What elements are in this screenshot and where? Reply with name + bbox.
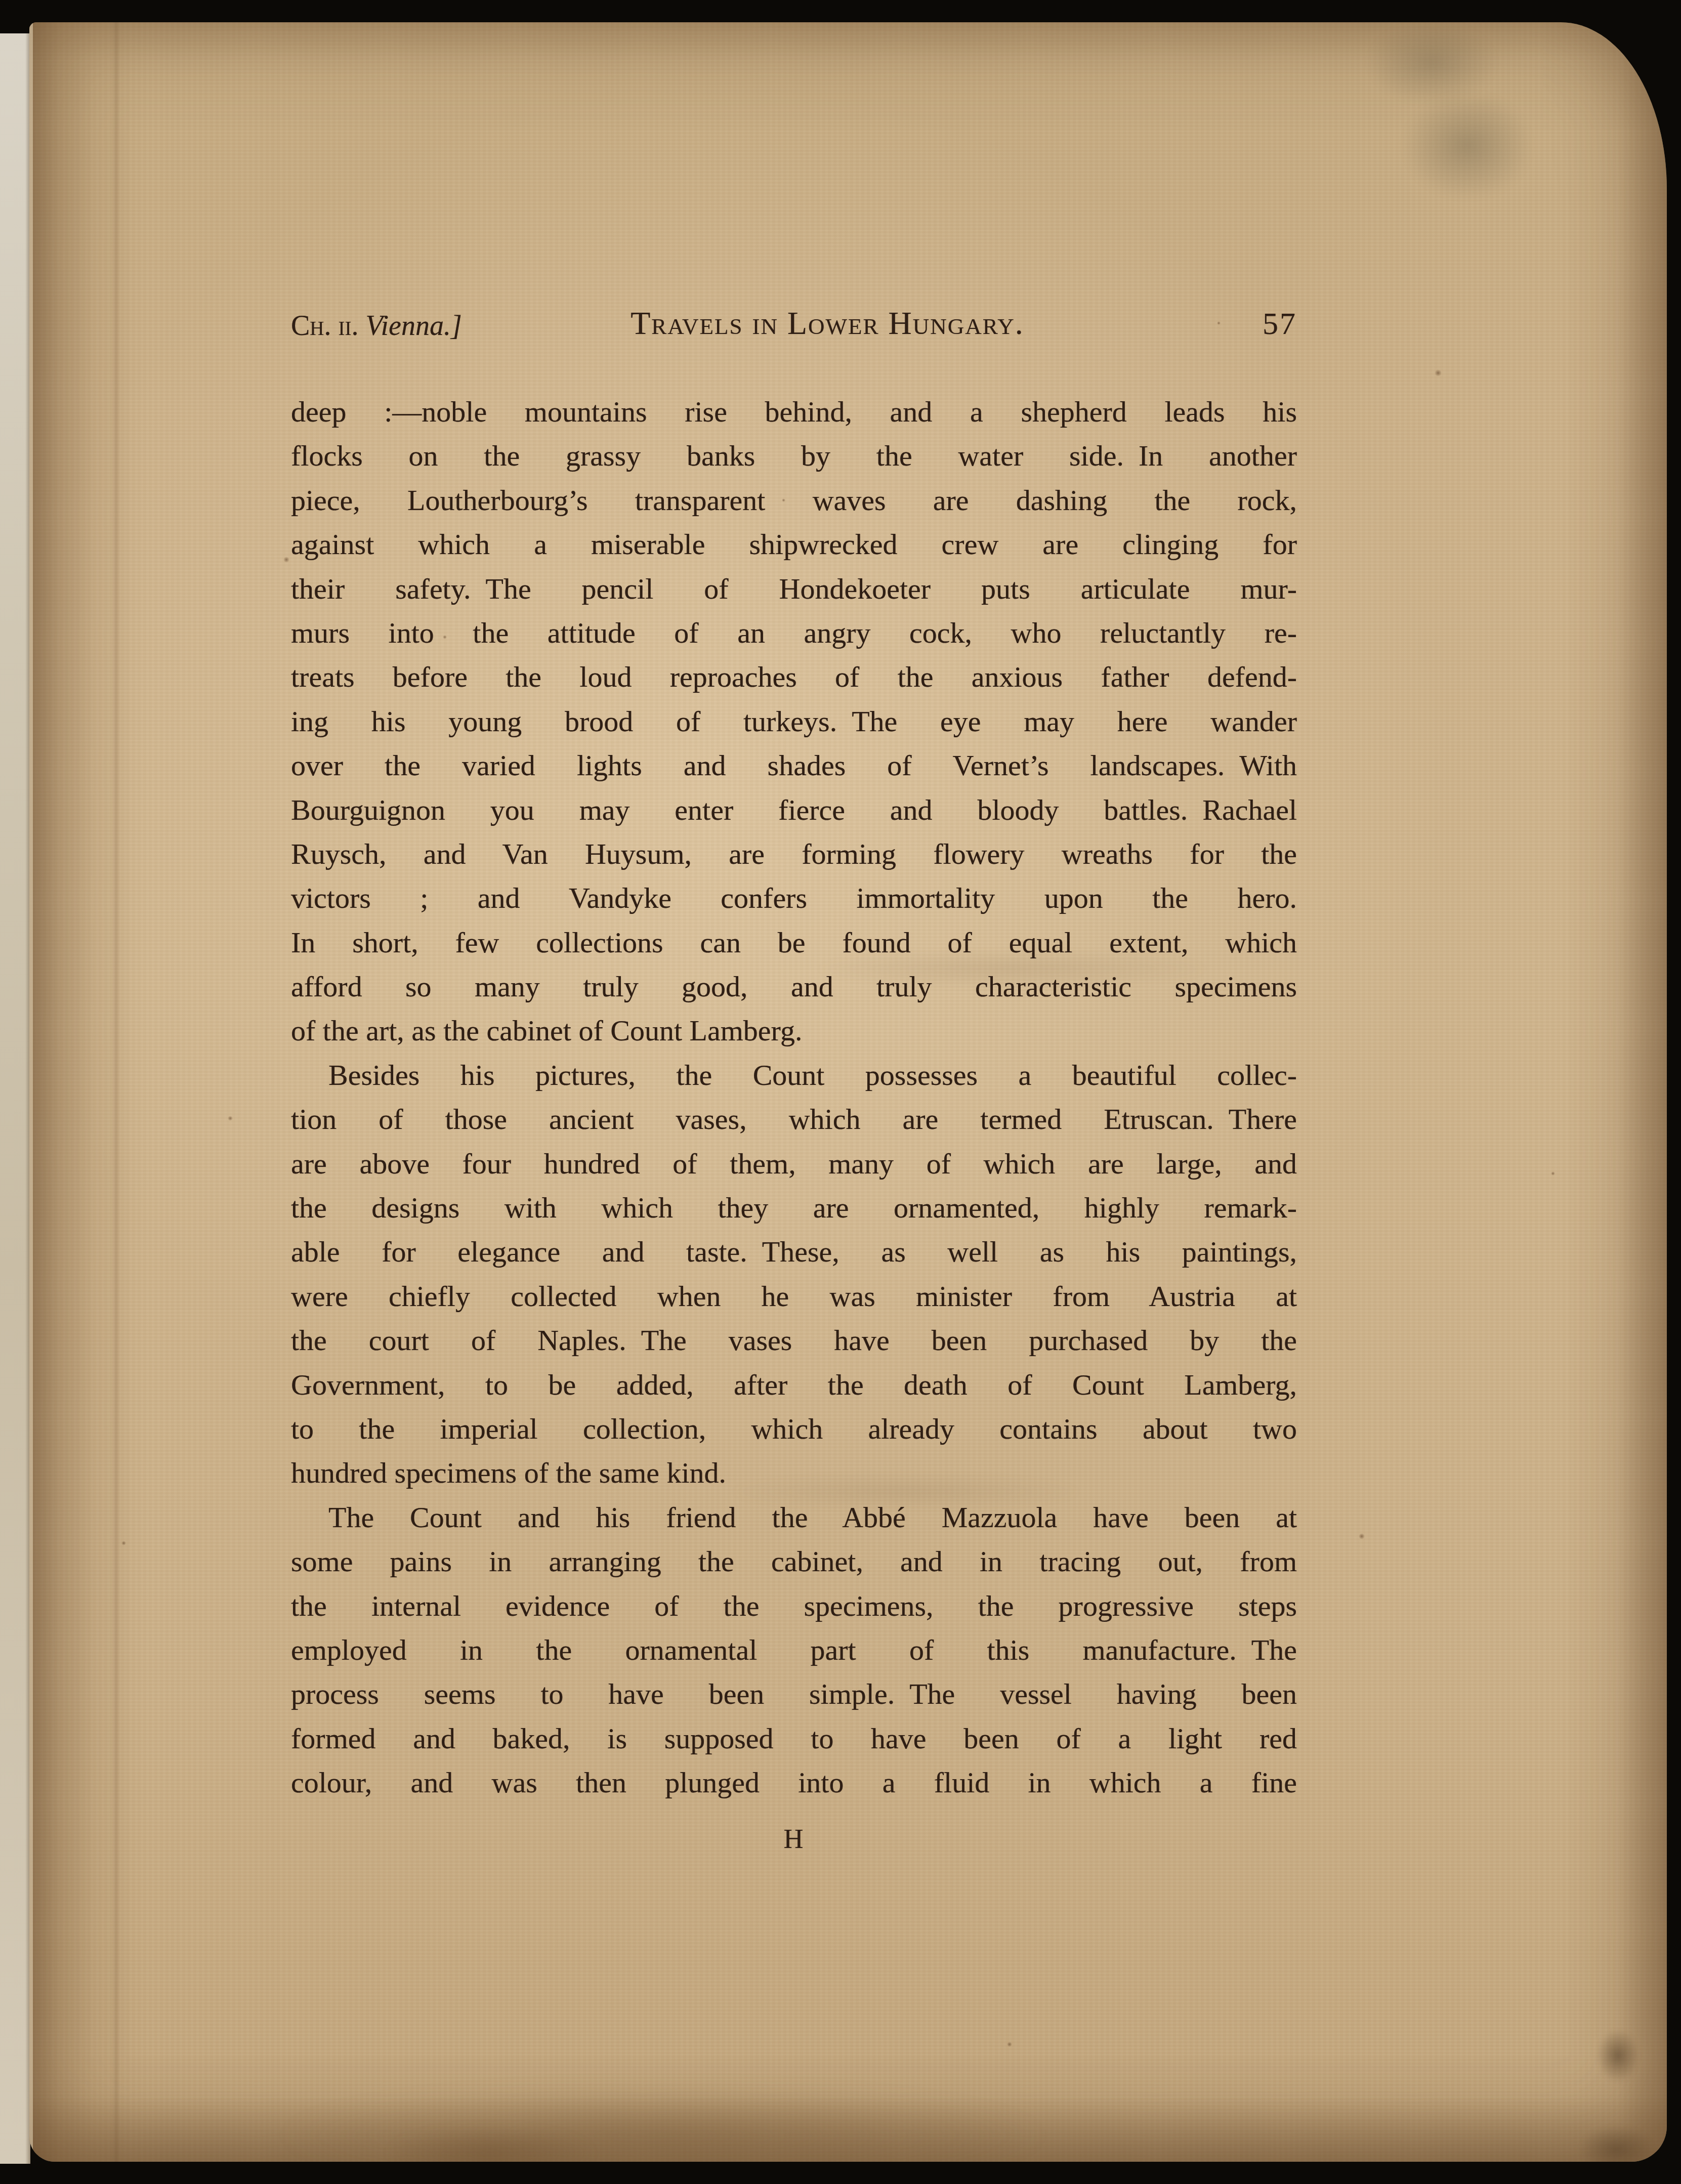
book-fore-edge: [0, 33, 30, 2164]
text-line: are above four hundred of them, many of …: [291, 1142, 1297, 1186]
text-line: formed and baked, is supposed to have be…: [291, 1716, 1297, 1760]
paper-stain: [1366, 22, 1498, 105]
text-line: employed in the ornamental part of this …: [291, 1628, 1297, 1672]
foxing-dot: [1359, 1533, 1365, 1539]
paper-stain: [1579, 2125, 1655, 2162]
signature-mark: H: [291, 1823, 1297, 1855]
text-line: the court of Naples. The vases have been…: [291, 1318, 1297, 1362]
paper-stain: [1596, 2029, 1640, 2082]
text-line: piece, Loutherbourg’s transparent waves …: [291, 478, 1297, 522]
text-line: the internal evidence of the specimens, …: [291, 1584, 1297, 1628]
text-line: hundred specimens of the same kind.: [291, 1451, 1297, 1495]
text-line: Government, to be added, after the death…: [291, 1363, 1297, 1407]
running-title: Travels in Lower Hungary.: [631, 305, 1024, 342]
text-line: colour, and was then plunged into a flui…: [291, 1760, 1297, 1804]
paper-stain: [1402, 91, 1533, 200]
text-line: In short, few collections can be found o…: [291, 920, 1297, 964]
text-line: were chiefly collected when he was minis…: [291, 1274, 1297, 1318]
page-edge-highlight: [29, 22, 33, 2162]
text-line: Besides his pictures, the Count possesse…: [291, 1053, 1297, 1097]
text-line: some pains in arranging the cabinet, and…: [291, 1539, 1297, 1583]
chapter-label: Ch. ii. Vienna.]: [291, 310, 462, 342]
text-line: Ruysch, and Van Huysum, are forming flow…: [291, 832, 1297, 876]
foxing-dot: [228, 1116, 233, 1121]
text-line: Bourguignon you may enter fierce and blo…: [291, 788, 1297, 832]
running-header: Ch. ii. Vienna.] Travels in Lower Hungar…: [291, 302, 1297, 342]
page: Ch. ii. Vienna.] Travels in Lower Hungar…: [29, 22, 1667, 2162]
text-line: victors ; and Vandyke confers immortalit…: [291, 876, 1297, 920]
text-line: of the art, as the cabinet of Count Lamb…: [291, 1009, 1297, 1053]
foxing-dot: [1551, 1171, 1555, 1175]
page-number: 57: [1263, 306, 1297, 342]
text-line: against which a miserable shipwrecked cr…: [291, 522, 1297, 566]
body-text: deep :—noble mountains rise behind, and …: [291, 390, 1297, 1805]
text-line: flocks on the grassy banks by the water …: [291, 434, 1297, 478]
text-line: to the imperial collection, which alread…: [291, 1407, 1297, 1451]
foxing-dot: [121, 1541, 126, 1545]
text-line: afford so many truly good, and truly cha…: [291, 964, 1297, 1009]
chapter-number: Ch. ii.: [291, 310, 359, 342]
paper-stain: [283, 2085, 1042, 2162]
text-line: the designs with which they are ornament…: [291, 1186, 1297, 1230]
text-line: process seems to have been simple. The v…: [291, 1672, 1297, 1716]
text-line: ing his young brood of turkeys. The eye …: [291, 699, 1297, 743]
scanned-book-page: Ch. ii. Vienna.] Travels in Lower Hungar…: [0, 0, 1681, 2184]
text-line: their safety. The pencil of Hondekoeter …: [291, 567, 1297, 611]
foxing-dot: [1007, 2042, 1012, 2047]
text-block: Ch. ii. Vienna.] Travels in Lower Hungar…: [291, 302, 1297, 1855]
text-line: over the varied lights and shades of Ver…: [291, 743, 1297, 787]
text-line: deep :—noble mountains rise behind, and …: [291, 390, 1297, 434]
text-line: treats before the loud reproaches of the…: [291, 655, 1297, 699]
text-line: able for elegance and taste. These, as w…: [291, 1230, 1297, 1274]
foxing-dot: [1435, 369, 1442, 376]
place-label: Vienna.]: [366, 310, 462, 342]
text-line: murs into the attitude of an angry cock,…: [291, 611, 1297, 655]
text-line: tion of those ancient vases, which are t…: [291, 1097, 1297, 1141]
paper-stain: [385, 2125, 597, 2162]
text-line: The Count and his friend the Abbé Mazzuo…: [291, 1495, 1297, 1539]
foxing-dot: [283, 557, 289, 563]
